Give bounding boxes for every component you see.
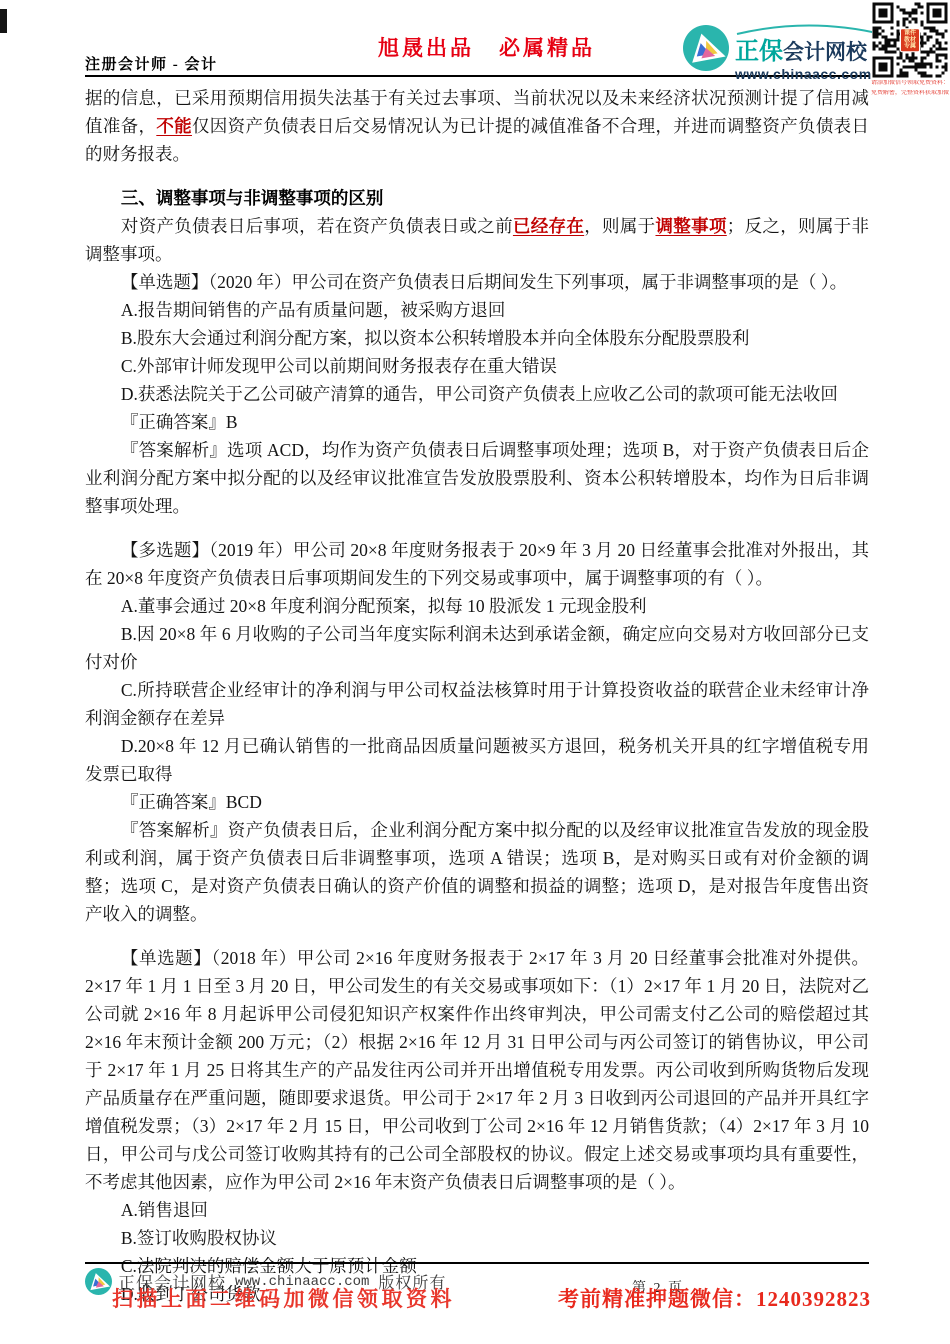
text-run: C.所持联营企业经审计的净利润与甲公司权益法核算时用于计算投资收益的联营企业未经… <box>85 680 869 728</box>
intro-continuation: 据的信息，已采用预期信用损失法基于有关过去事项、当前状况以及未来经济状况预测计提… <box>85 84 869 168</box>
text-run: A.销售退回 <box>121 1200 208 1220</box>
text-run: 三、调整事项与非调整事项的区别 <box>121 188 384 208</box>
qr-section: 课件教材专属 请添加微信号领取免费资料：1240392823 免费解密，完整资料… <box>871 2 949 97</box>
q2019-option-b: B.因 20×8 年 6 月收购的子公司当年度实际利润未达到承诺金额，确定应向交… <box>85 620 869 676</box>
brand-arc-decoration <box>735 23 883 35</box>
text-run: D.20×8 年 12 月已确认销售的一批商品因质量问题被买方退回，税务机关开具… <box>85 736 869 784</box>
text-run: 『正确答案』BCD <box>121 792 262 812</box>
footer-brand-icon <box>85 1268 112 1295</box>
text-run: B.签订收购股权协议 <box>121 1228 277 1248</box>
brand-logo: 正保会计网校 www.chinaacc.com <box>683 25 872 82</box>
q2020-option-d: D.获悉法院关于乙公司破产清算的通告，甲公司资产负债表上应收乙公司的款项可能无法… <box>85 380 869 408</box>
q2018-question: 【单选题】（2018 年）甲公司 2×16 年度财务报表于 2×17 年 3 月… <box>85 944 869 1196</box>
brand-name: 正保会计网校 <box>735 31 872 66</box>
slogan-right: 必属精品 <box>499 32 595 62</box>
q2020-option-a: A.报告期间销售的产品有质量问题，被采购方退回 <box>85 296 869 324</box>
text-run: B.股东大会通过利润分配方案，拟以资本公积转增股本并向全体股东分配股票股利 <box>121 328 750 348</box>
text-run: 『正确答案』B <box>121 412 238 432</box>
q2019-option-c: C.所持联营企业经审计的净利润与甲公司权益法核算时用于计算投资收益的联营企业未经… <box>85 676 869 732</box>
text-run: 【多选题】（2019 年）甲公司 20×8 年度财务报表于 20×9 年 3 月… <box>85 540 869 588</box>
q2019-answer: 『正确答案』BCD <box>85 788 869 816</box>
q2019-question: 【多选题】（2019 年）甲公司 20×8 年度财务报表于 20×9 年 3 月… <box>85 536 869 592</box>
text-run: A.报告期间销售的产品有质量问题，被采购方退回 <box>121 300 506 320</box>
text-run: 对资产负债表日后事项，若在资产负债表日或之前 <box>121 216 513 236</box>
section-rule-paragraph: 对资产负债表日后事项，若在资产负债表日或之前已经存在，则属于调整事项；反之，则属… <box>85 212 869 268</box>
q2020-option-b: B.股东大会通过利润分配方案，拟以资本公积转增股本并向全体股东分配股票股利 <box>85 324 869 352</box>
highlighted-term: 调整事项 <box>655 216 726 236</box>
q2019-block: 【多选题】（2019 年）甲公司 20×8 年度财务报表于 20×9 年 3 月… <box>85 536 869 928</box>
q2020-option-c: C.外部审计师发现甲公司以前期间财务报表存在重大错误 <box>85 352 869 380</box>
text-run: C.外部审计师发现甲公司以前期间财务报表存在重大错误 <box>121 356 557 376</box>
q2020-answer: 『正确答案』B <box>85 408 869 436</box>
brand-url: www.chinaacc.com <box>735 66 872 82</box>
text-run: 【单选题】（2020 年）甲公司在资产负债表日后期间发生下列事项，属于非调整事项… <box>121 272 847 292</box>
text-run: 仅因资产负债表日后交易情况认为已计提的减值准备不合理，并进而调整资产负债表日的财… <box>85 116 869 164</box>
q2020-analysis: 『答案解析』选项 ACD，均作为资产负债表日后调整事项处理；选项 B，对于资产负… <box>85 436 869 520</box>
text-run: A.董事会通过 20×8 年度利润分配预案，拟每 10 股派发 1 元现金股利 <box>121 596 647 616</box>
footer-wechat-notice: 考前精准押题微信：1240392823 <box>558 1283 871 1313</box>
qr-caption-line1: 请添加微信号领取免费资料：1240392823 <box>871 80 949 88</box>
document-header-title: 注册会计师 - 会计 <box>85 53 218 74</box>
section-heading: 三、调整事项与非调整事项的区别 <box>85 184 869 212</box>
brand-name-primary: 正保 <box>735 38 783 65</box>
q2018-block: 【单选题】（2018 年）甲公司 2×16 年度财务报表于 2×17 年 3 月… <box>85 944 869 1308</box>
footer-scan-notice: 扫描上面二维码加微信领取资料 <box>112 1283 455 1313</box>
text-run: ，则属于 <box>584 216 655 236</box>
text-run: 『答案解析』资产负债表日后，企业利润分配方案中拟分配的以及经审议批准宣告发放的现… <box>85 820 869 924</box>
highlighted-term: 已经存在 <box>513 216 584 236</box>
highlighted-term: 不能 <box>156 116 192 136</box>
q2018-option-a: A.销售退回 <box>85 1196 869 1224</box>
brand-name-secondary: 会计网校 <box>783 41 867 64</box>
q2019-option-d: D.20×8 年 12 月已确认销售的一批商品因质量问题被买方退回，税务机关开具… <box>85 732 869 788</box>
q2019-option-a: A.董事会通过 20×8 年度利润分配预案，拟每 10 股派发 1 元现金股利 <box>85 592 869 620</box>
qr-code: 课件教材专属 <box>872 2 948 78</box>
qr-center-badge: 课件教材专属 <box>900 28 920 52</box>
brand-logo-text: 正保会计网校 www.chinaacc.com <box>735 25 872 82</box>
text-run: 『答案解析』选项 ACD，均作为资产负债表日后调整事项处理；选项 B，对于资产负… <box>85 440 869 516</box>
section-three: 三、调整事项与非调整事项的区别对资产负债表日后事项，若在资产负债表日或之前已经存… <box>85 184 869 520</box>
q2019-analysis: 『答案解析』资产负债表日后，企业利润分配方案中拟分配的以及经审议批准宣告发放的现… <box>85 816 869 928</box>
text-run: B.因 20×8 年 6 月收购的子公司当年度实际利润未达到承诺金额，确定应向交… <box>85 624 869 672</box>
text-run: D.获悉法院关于乙公司破产清算的通告，甲公司资产负债表上应收乙公司的款项可能无法… <box>121 384 838 404</box>
text-run: 【单选题】（2018 年）甲公司 2×16 年度财务报表于 2×17 年 3 月… <box>85 948 869 1192</box>
brand-logo-icon <box>683 25 729 71</box>
q2018-option-b: B.签订收购股权协议 <box>85 1224 869 1252</box>
footer-divider <box>85 1262 869 1264</box>
intro-paragraph: 据的信息，已采用预期信用损失法基于有关过去事项、当前状况以及未来经济状况预测计提… <box>85 84 869 168</box>
document-body: 据的信息，已采用预期信用损失法基于有关过去事项、当前状况以及未来经济状况预测计提… <box>85 84 869 1308</box>
qr-caption-line2: 免费解密，完整资料获取加微信：1240392823 <box>871 90 949 98</box>
q2020-question: 【单选题】（2020 年）甲公司在资产负债表日后期间发生下列事项，属于非调整事项… <box>85 268 869 296</box>
scan-artifact-mark <box>0 9 7 33</box>
slogan-left: 旭晟出品 <box>378 32 474 62</box>
document-page: 旭晟出品 必属精品 注册会计师 - 会计 正保会计网校 www.chinaacc… <box>0 0 950 1344</box>
